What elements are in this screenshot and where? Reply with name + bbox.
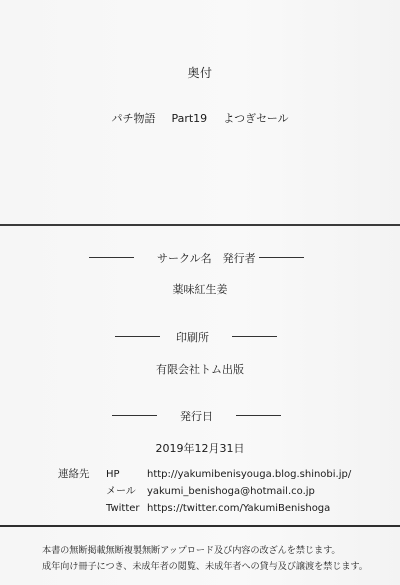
contact-key-twitter: Twitter [106,500,140,517]
publisher-name: 薬味紅生姜 [0,281,400,297]
contact-key-mail: メール [106,483,136,500]
work-title: パチ物語Part19よつぎセール [0,110,400,126]
printer-name: 有限会社トム出版 [0,361,400,377]
work-series: パチ物語 [111,110,155,126]
heading-dash-left [89,257,134,258]
bottom-divider [0,525,400,527]
top-divider [0,224,400,226]
notice-line-reproduction: 本書の無断掲載無断複製無断アップロード及び内容の改ざんを禁じます。 [42,543,368,559]
legal-notice: 本書の無断掲載無断複製無断アップロード及び内容の改ざんを禁じます。 成年向け冊子… [42,543,368,575]
section-heading-printer: 印刷所 [0,329,400,345]
notice-line-adult: 成年向け冊子につき、未成年者の閲覧、未成年者への貸与及び譲渡を禁じます。 [42,559,368,575]
work-subtitle: よつぎセール [223,110,288,126]
section-heading-date: 発行日 [0,408,400,424]
contact-key-hp: HP [106,466,120,483]
contact-twitter-url: https://twitter.com/YakumiBenishoga [147,500,330,517]
printer-heading: 印刷所 [176,329,209,345]
colophon-title: 奥付 [0,64,400,81]
heading-dash-left [115,336,160,337]
contact-hp-url: http://yakumibenisyouga.blog.shinobi.jp/ [147,466,351,483]
work-part: Part19 [171,112,207,125]
publisher-heading: サークル名 発行者 [157,250,256,266]
heading-dash-left [112,415,157,416]
contact-label: 連絡先 [58,466,90,483]
date-heading: 発行日 [180,408,213,424]
heading-dash-right [232,336,277,337]
heading-dash-right [259,257,304,258]
section-heading-publisher: サークル名 発行者 [0,250,400,266]
issue-date: 2019年12月31日 [0,440,400,456]
heading-dash-right [236,415,281,416]
contact-mail-address: yakumi_benishoga@hotmail.co.jp [147,483,315,500]
colophon-page: 奥付 パチ物語Part19よつぎセール サークル名 発行者 薬味紅生姜 印刷所 … [0,0,400,585]
